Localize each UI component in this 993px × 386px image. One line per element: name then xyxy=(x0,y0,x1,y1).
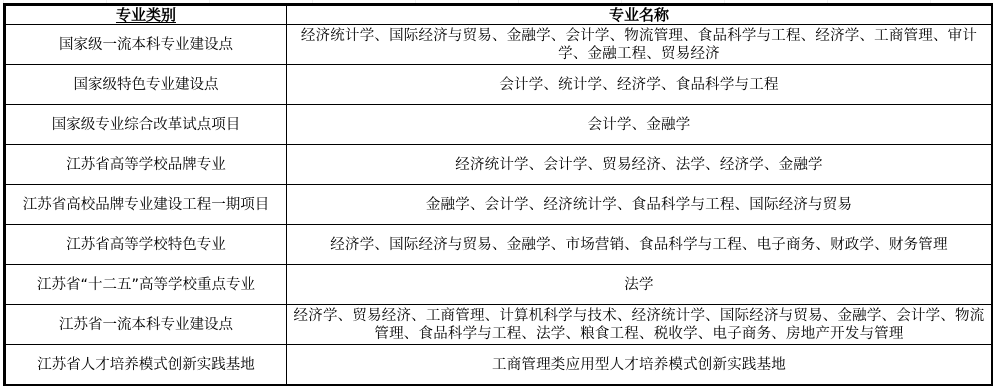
category-cell[interactable]: 国家级专业综合改革试点项目 xyxy=(5,105,287,145)
table-row: 江苏省一流本科专业建设点 经济学、贸易经济、工商管理、计算机科学与技术、经济统计… xyxy=(5,305,993,345)
majors-cell[interactable]: 经济统计学、国际经济与贸易、金融学、会计学、物流管理、食品科学与工程、经济学、工… xyxy=(287,25,993,65)
majors-cell[interactable]: 经济学、贸易经济、工商管理、计算机科学与技术、经济统计学、国际经济与贸易、金融学… xyxy=(287,305,993,345)
table-row: 江苏省高等学校品牌专业 经济统计学、会计学、贸易经济、法学、经济学、金融学 xyxy=(5,145,993,185)
majors-cell[interactable]: 经济学、国际经济与贸易、金融学、市场营销、食品科学与工程、电子商务、财政学、财务… xyxy=(287,225,993,265)
header-category[interactable]: 专业类别 xyxy=(5,5,287,25)
category-cell[interactable]: 江苏省高校品牌专业建设工程一期项目 xyxy=(5,185,287,225)
category-cell[interactable]: 江苏省一流本科专业建设点 xyxy=(5,305,287,345)
table-row: 江苏省人才培养模式创新实践基地 工商管理类应用型人才培养模式创新实践基地 xyxy=(5,345,993,386)
table-row: 国家级特色专业建设点 会计学、统计学、经济学、食品科学与工程 xyxy=(5,65,993,105)
majors-cell[interactable]: 会计学、金融学 xyxy=(287,105,993,145)
category-cell[interactable]: 国家级特色专业建设点 xyxy=(5,65,287,105)
table-row: 江苏省“十二五”高等学校重点专业 法学 xyxy=(5,265,993,305)
majors-cell[interactable]: 会计学、统计学、经济学、食品科学与工程 xyxy=(287,65,993,105)
category-cell[interactable]: 江苏省高等学校特色专业 xyxy=(5,225,287,265)
majors-table: 专业类别 专业名称 国家级一流本科专业建设点 经济统计学、国际经济与贸易、金融学… xyxy=(3,3,993,386)
table-row: 国家级专业综合改革试点项目 会计学、金融学 xyxy=(5,105,993,145)
majors-cell[interactable]: 工商管理类应用型人才培养模式创新实践基地 xyxy=(287,345,993,386)
majors-cell[interactable]: 金融学、会计学、经济统计学、食品科学与工程、国际经济与贸易 xyxy=(287,185,993,225)
category-cell[interactable]: 江苏省“十二五”高等学校重点专业 xyxy=(5,265,287,305)
category-cell[interactable]: 江苏省人才培养模式创新实践基地 xyxy=(5,345,287,386)
table-row: 国家级一流本科专业建设点 经济统计学、国际经济与贸易、金融学、会计学、物流管理、… xyxy=(5,25,993,65)
majors-cell[interactable]: 法学 xyxy=(287,265,993,305)
category-cell[interactable]: 国家级一流本科专业建设点 xyxy=(5,25,287,65)
table-row: 江苏省高校品牌专业建设工程一期项目 金融学、会计学、经济统计学、食品科学与工程、… xyxy=(5,185,993,225)
header-major-names[interactable]: 专业名称 xyxy=(287,5,993,25)
table-header-row: 专业类别 专业名称 xyxy=(5,5,993,25)
majors-cell[interactable]: 经济统计学、会计学、贸易经济、法学、经济学、金融学 xyxy=(287,145,993,185)
category-cell[interactable]: 江苏省高等学校品牌专业 xyxy=(5,145,287,185)
table-row: 江苏省高等学校特色专业 经济学、国际经济与贸易、金融学、市场营销、食品科学与工程… xyxy=(5,225,993,265)
